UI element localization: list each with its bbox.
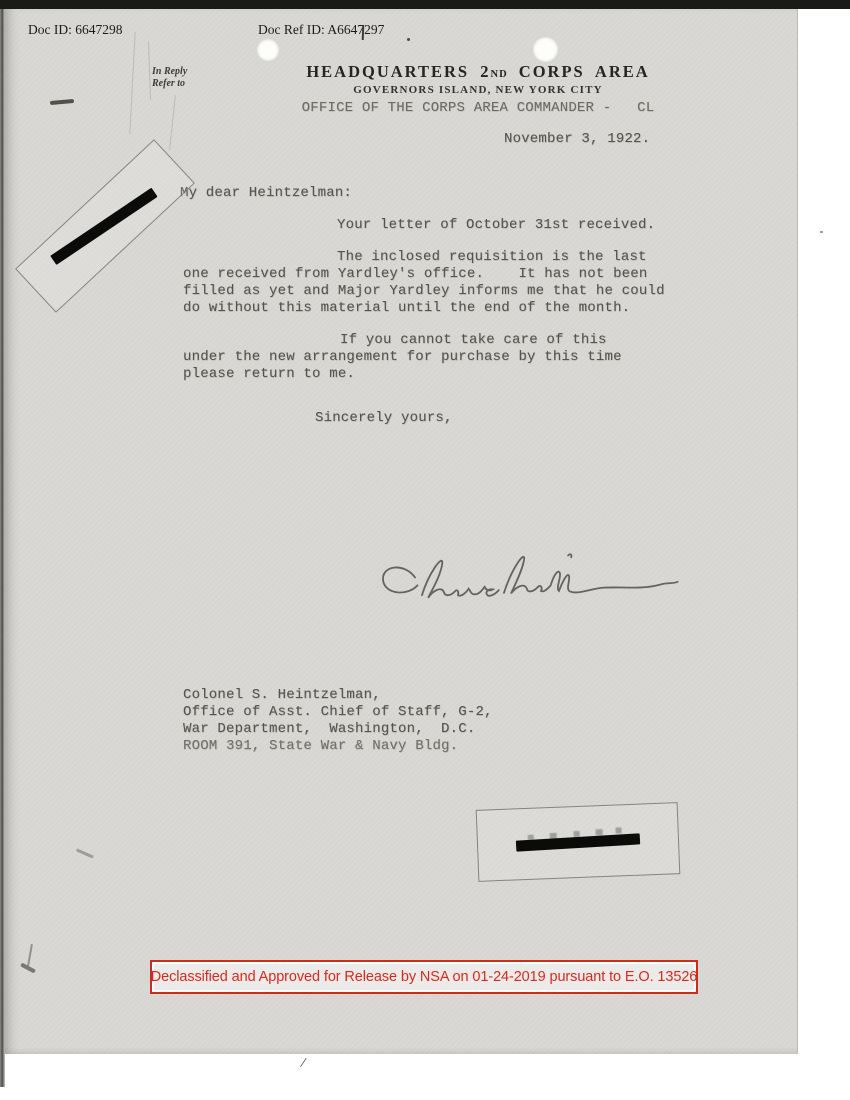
body-line: under the new arrangement for purchase b…: [183, 349, 622, 365]
recipient-line: ROOM 391, State War & Navy Bldg.: [183, 738, 458, 754]
signature-handwriting-icon: [370, 536, 710, 648]
office-line: OFFICE OF THE CORPS AREA COMMANDER - CL: [243, 100, 713, 116]
declassification-banner: Declassified and Approved for Release by…: [150, 960, 698, 994]
doc-ref-id: Doc Ref ID: A6647297: [258, 22, 384, 38]
body-line: one received from Yardley's office. It h…: [183, 266, 647, 282]
body-line: Your letter of October 31st received.: [337, 217, 655, 233]
org-name-prefix: HEADQUARTERS 2: [306, 62, 490, 81]
date-line: November 3, 1922.: [504, 131, 650, 147]
speck-mark: [820, 231, 823, 233]
body-line: If you cannot take care of this: [340, 332, 607, 348]
letterhead-location: GOVERNORS ISLAND, NEW YORK CITY: [243, 84, 713, 96]
body-line: do without this material until the end o…: [183, 300, 630, 316]
hole-punch-left: [257, 39, 279, 61]
body-line: The inclosed requisition is the last: [337, 249, 647, 265]
redaction-stamp-bottom-right: [476, 802, 681, 882]
ghost-glyph: [615, 827, 621, 833]
in-reply-line: In Reply: [152, 66, 187, 78]
ordinal-suffix: ND: [490, 69, 507, 80]
ghost-glyph: [596, 829, 603, 835]
recipient-line: Office of Asst. Chief of Staff, G-2,: [183, 704, 493, 720]
letterhead: HEADQUARTERS 2ND CORPS AREA GOVERNORS IS…: [243, 62, 713, 116]
in-reply-note: In Reply Refer to: [152, 66, 187, 90]
scanned-document-viewport: Doc ID: 6647298 Doc Ref ID: A6647297 In …: [0, 0, 850, 1100]
closing: Sincerely yours,: [315, 410, 453, 426]
body-line: filled as yet and Major Yardley informs …: [183, 283, 665, 299]
salutation: My dear Heintzelman:: [180, 185, 352, 201]
redaction-bar: [516, 833, 640, 851]
org-name-suffix: CORPS AREA: [508, 62, 650, 81]
recipient-line: War Department, Washington, D.C.: [183, 721, 475, 737]
hole-punch-right: [533, 37, 558, 62]
footer-slash: /: [300, 1056, 306, 1072]
stray-dot-mark: [407, 38, 410, 41]
doc-id: Doc ID: 6647298: [28, 22, 123, 38]
recipient-line: Colonel S. Heintzelman,: [183, 687, 381, 703]
signature: [370, 536, 710, 648]
letterhead-title: HEADQUARTERS 2ND CORPS AREA: [243, 62, 713, 82]
body-line: please return to me.: [183, 366, 355, 382]
refer-to-line: Refer to: [152, 78, 187, 90]
scan-top-edge: [0, 0, 850, 9]
banner-text: Declassified and Approved for Release by…: [151, 969, 697, 985]
